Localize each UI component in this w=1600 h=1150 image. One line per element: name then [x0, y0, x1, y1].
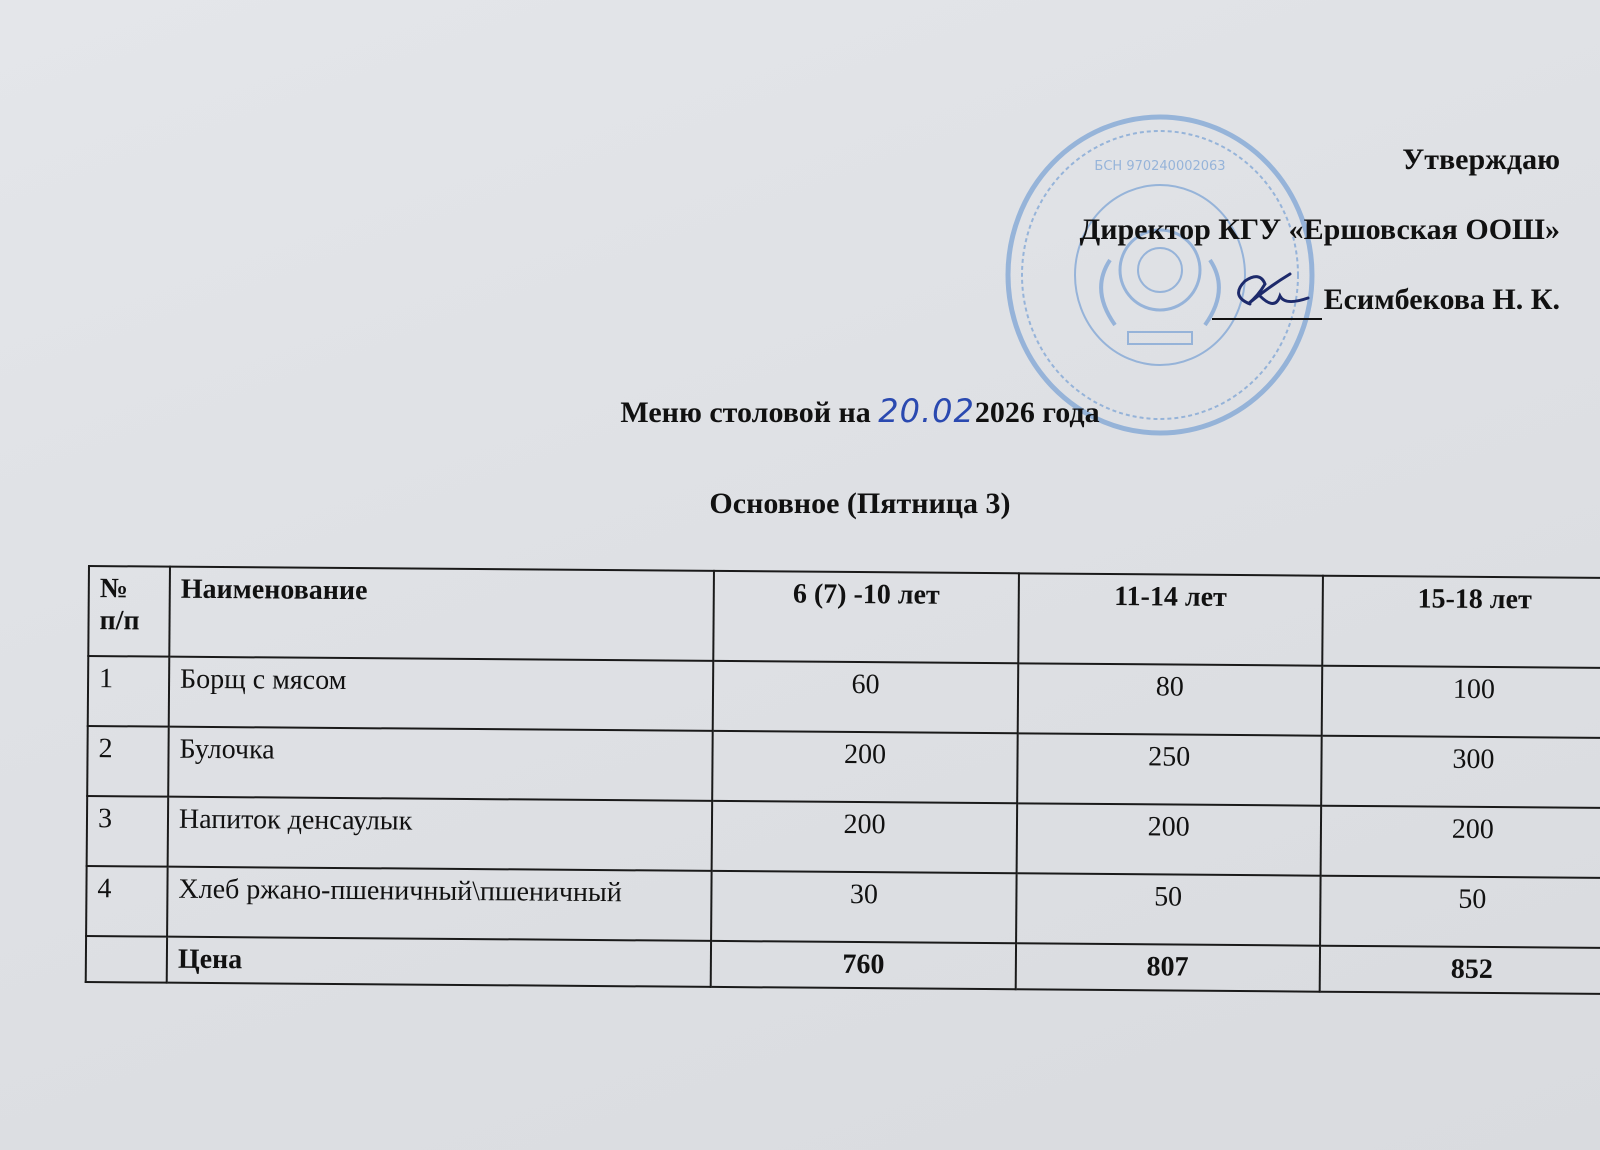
table-row: 1 Борщ с мясом 60 80 100: [88, 656, 1600, 738]
row-num: 1: [88, 656, 170, 727]
total-value: 760: [711, 941, 1016, 989]
table-row: 2 Булочка 200 250 300: [87, 726, 1600, 808]
row-value: 250: [1017, 733, 1322, 805]
title-prefix: Меню столовой на: [620, 396, 878, 429]
director-name: Есимбекова Н. К.: [1324, 280, 1560, 320]
row-value: 300: [1321, 736, 1600, 808]
menu-subtitle: Основное (Пятница 3): [0, 487, 1600, 521]
row-name: Хлеб ржано-пшеничный\пшеничный: [167, 867, 712, 941]
total-num-empty: [86, 936, 167, 983]
approval-heading: Утверждаю: [1080, 140, 1560, 180]
header-age-11-14: 11-14 лет: [1018, 573, 1323, 665]
total-value: 852: [1319, 946, 1600, 994]
handwritten-date: 20.02: [878, 392, 975, 430]
row-value: 30: [712, 871, 1017, 943]
table-row: 3 Напиток денсаулык 200 200 200: [87, 796, 1600, 878]
title-suffix: 2026 года: [975, 396, 1100, 429]
page-title: Меню столовой на 20.022026 года: [0, 392, 1600, 430]
row-value: 50: [1320, 876, 1600, 948]
row-num: 2: [87, 726, 169, 797]
row-value: 50: [1016, 873, 1321, 945]
table-row: 4 Хлеб ржано-пшеничный\пшеничный 30 50 5…: [86, 866, 1600, 948]
row-value: 60: [713, 661, 1018, 733]
total-label: Цена: [167, 937, 712, 987]
signature-blank: [1212, 288, 1322, 320]
row-name: Борщ с мясом: [169, 657, 714, 731]
table-header-row: № п/п Наименование 6 (7) -10 лет 11-14 л…: [88, 566, 1600, 668]
approval-block: Утверждаю Директор КГУ «Ершовская ООШ» Е…: [1080, 140, 1560, 350]
row-name: Напиток денсаулык: [168, 797, 713, 871]
row-value: 200: [712, 801, 1017, 873]
row-name: Булочка: [168, 727, 713, 801]
approval-director-title: Директор КГУ «Ершовская ООШ»: [1080, 210, 1560, 250]
row-value: 200: [713, 731, 1018, 803]
header-age-6-10: 6 (7) -10 лет: [714, 571, 1019, 663]
row-value: 200: [1320, 806, 1600, 878]
header-name: Наименование: [169, 567, 714, 661]
row-value: 80: [1017, 663, 1322, 735]
signature-icon: [1220, 266, 1310, 316]
approval-signature-line: Есимбекова Н. К.: [1212, 280, 1560, 320]
row-value: 200: [1016, 803, 1321, 875]
row-value: 100: [1321, 666, 1600, 738]
row-num: 4: [86, 866, 168, 937]
header-num: № п/п: [88, 566, 170, 657]
menu-table: № п/п Наименование 6 (7) -10 лет 11-14 л…: [85, 565, 1600, 995]
total-value: 807: [1015, 943, 1320, 991]
header-age-15-18: 15-18 лет: [1322, 576, 1600, 668]
row-num: 3: [87, 796, 169, 867]
